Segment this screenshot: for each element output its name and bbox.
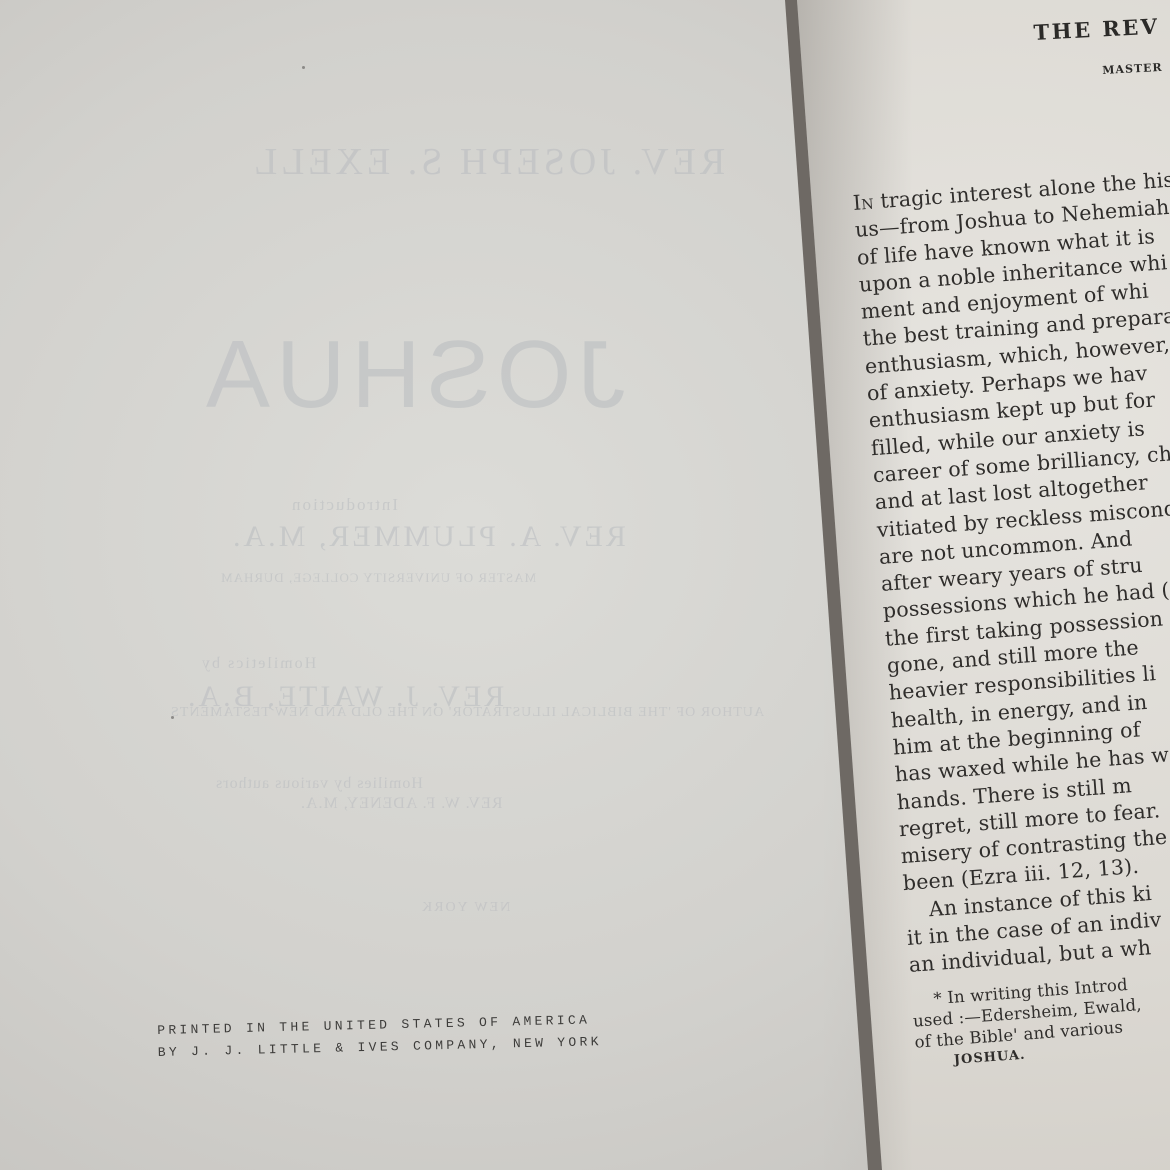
printer-imprint: PRINTED IN THE UNITED STATES OF AMERICA …	[157, 1009, 602, 1064]
show-through-contributors-2: REV. W. F. ADENEY, M.A.	[300, 795, 503, 813]
show-through-contributors-3: NEW YORK	[420, 900, 510, 916]
show-through-homilies-label: Homiletics by	[200, 655, 316, 673]
show-through-intro-detail: MASTER OF UNIVERSITY COLLEGE, DURHAM	[220, 570, 536, 586]
paper-fleck	[171, 716, 174, 719]
show-through-detail-line: AUTHOR OF 'THE BIBLICAL ILLUSTRATOR' ON …	[170, 705, 764, 721]
paper-fleck	[302, 66, 305, 69]
sub-head: MASTER	[1102, 61, 1163, 77]
show-through-author: REV. JOSEPH S. EXELL	[250, 140, 725, 184]
show-through-intro-author: REV. A. PLUMMER, M.A.	[230, 520, 626, 554]
dropcap-word: In	[852, 189, 874, 214]
show-through-title: JOSHUA	[200, 320, 625, 430]
body-text: In tragic interest alone the his us—from…	[852, 159, 1170, 1073]
show-through-contributors-1: Homilies by various authors	[215, 775, 423, 793]
open-book-photo: REV. JOSEPH S. EXELL JOSHUA Introduction…	[0, 0, 1170, 1170]
running-head: THE REV	[1033, 13, 1160, 45]
show-through-intro-label: Introduction	[290, 495, 398, 515]
